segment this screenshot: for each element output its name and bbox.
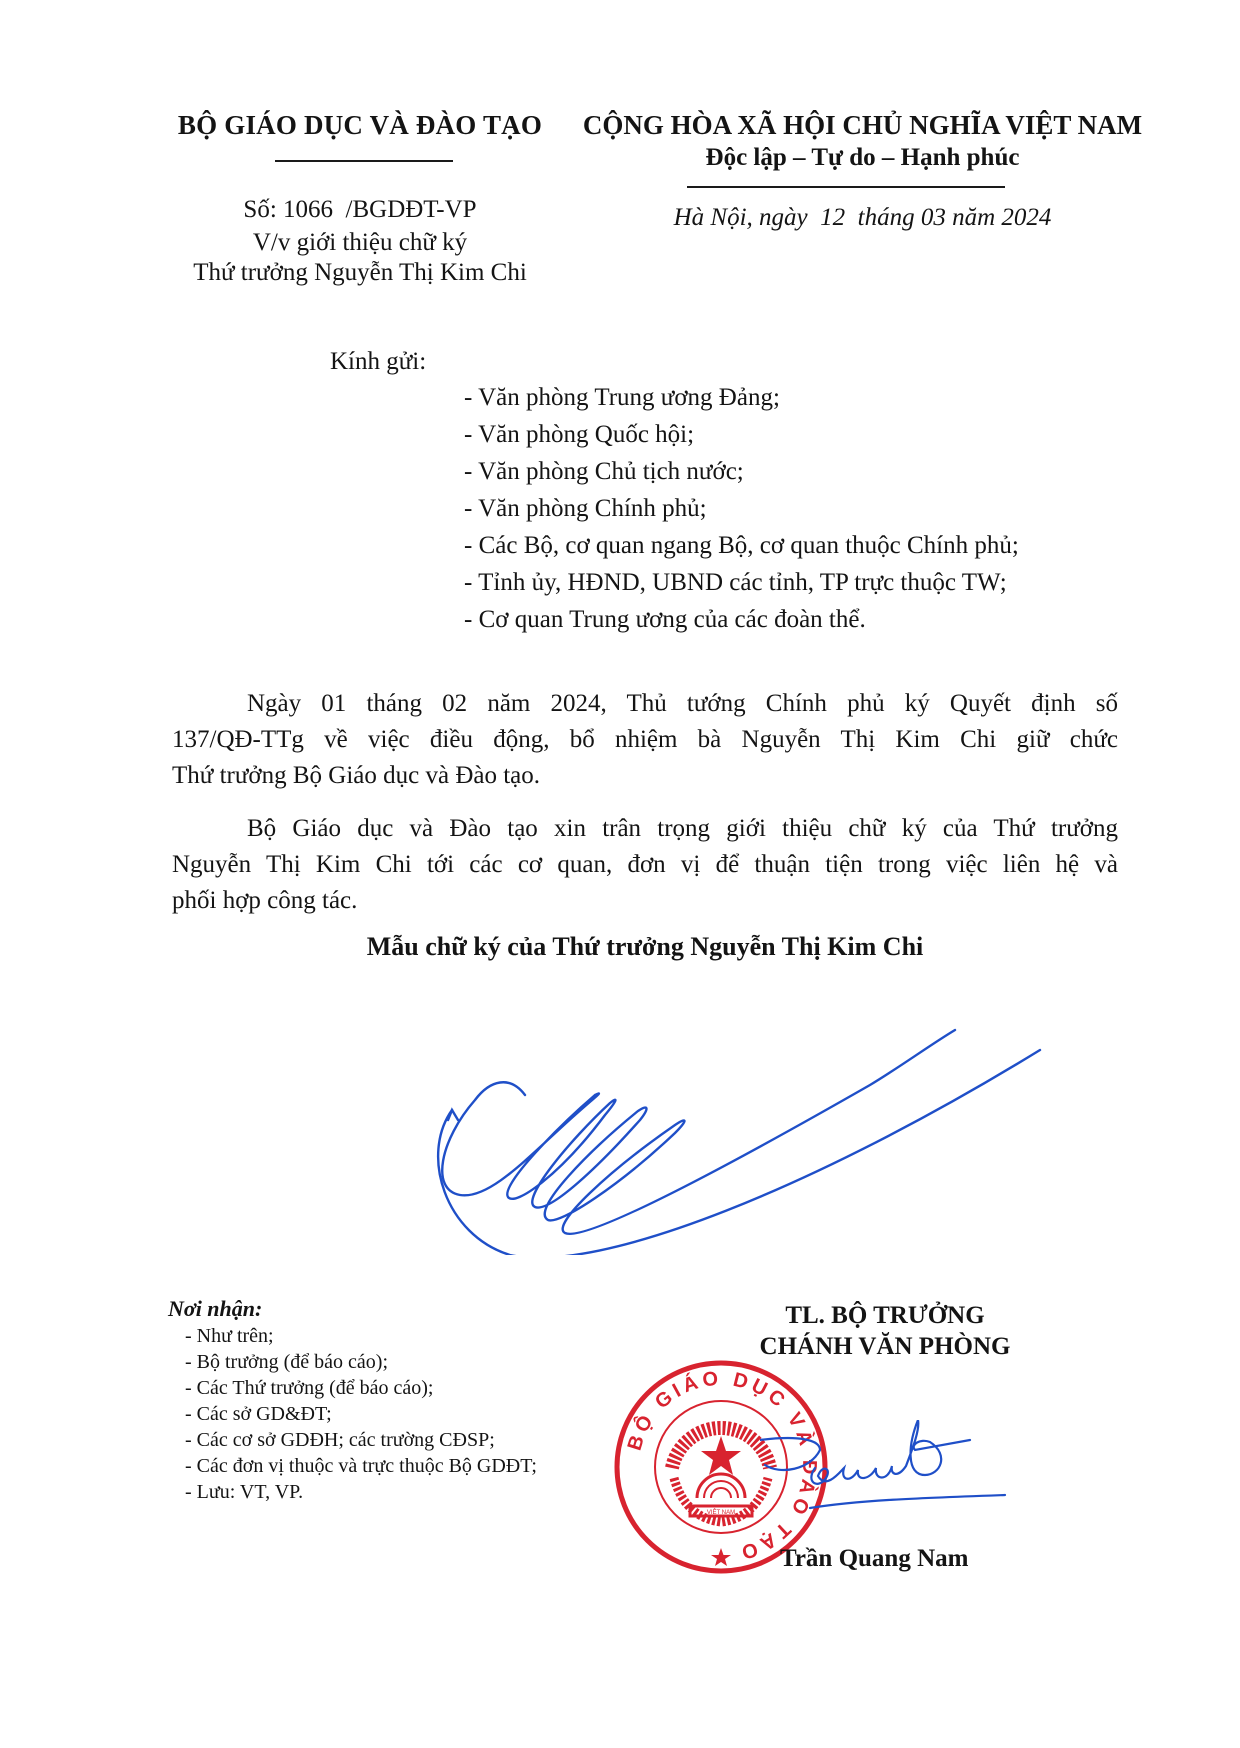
sample-signature-image xyxy=(400,985,1050,1255)
recipient-item: - Các Bộ, cơ quan ngang Bộ, cơ quan thuộ… xyxy=(464,532,1019,560)
paragraph-line: Bộ Giáo dục và Đào tạo xin trân trọng gi… xyxy=(172,811,1118,847)
svg-text:VIỆT NAM: VIỆT NAM xyxy=(707,1508,735,1516)
place-date: Hà Nội, ngày 12 tháng 03 năm 2024 xyxy=(575,204,1150,232)
cc-item: - Lưu: VT, VP. xyxy=(185,1481,303,1504)
recipient-item: - Văn phòng Trung ương Đảng; xyxy=(464,384,780,412)
cc-item: - Các cơ sở GDĐH; các trường CĐSP; xyxy=(185,1429,495,1452)
body-paragraph-2: Bộ Giáo dục và Đào tạo xin trân trọng gi… xyxy=(172,811,1118,919)
cc-label: Nơi nhận: xyxy=(168,1296,262,1322)
signer-role-line-2: CHÁNH VĂN PHÒNG xyxy=(700,1333,1070,1361)
cc-item: - Các đơn vị thuộc và trực thuộc Bộ GDĐT… xyxy=(185,1455,537,1478)
organization-name: BỘ GIÁO DỤC VÀ ĐÀO TẠO xyxy=(170,110,550,141)
cc-item: - Như trên; xyxy=(185,1325,274,1348)
paragraph-line: Thứ trưởng Bộ Giáo dục và Đào tạo. xyxy=(172,758,1118,794)
recipient-item: - Văn phòng Chính phủ; xyxy=(464,495,707,523)
recipient-item: - Văn phòng Quốc hội; xyxy=(464,421,694,449)
paragraph-line: Nguyễn Thị Kim Chi tới các cơ quan, đơn … xyxy=(172,847,1118,883)
paragraph-line: 137/QĐ-TTg về việc điều động, bổ nhiệm b… xyxy=(172,722,1118,758)
recipient-item: - Cơ quan Trung ương của các đoàn thể. xyxy=(464,606,866,634)
signer-role-line-1: TL. BỘ TRƯỞNG xyxy=(700,1302,1070,1330)
recipient-item: - Văn phòng Chủ tịch nước; xyxy=(464,458,744,486)
signature-sample-title: Mẫu chữ ký của Thứ trưởng Nguyễn Thị Kim… xyxy=(172,932,1118,962)
body-paragraph-1: Ngày 01 tháng 02 năm 2024, Thủ tướng Chí… xyxy=(172,686,1118,794)
recipients-label: Kính gửi: xyxy=(330,348,426,376)
subject-line-1: V/v giới thiệu chữ ký xyxy=(170,229,550,257)
paragraph-line: Ngày 01 tháng 02 năm 2024, Thủ tướng Chí… xyxy=(172,686,1118,722)
document-number: Số: 1066 /BGDĐT-VP xyxy=(170,196,550,224)
cc-item: - Bộ trưởng (để báo cáo); xyxy=(185,1351,388,1374)
paragraph-line: phối hợp công tác. xyxy=(172,883,1118,919)
signer-name: Trần Quang Nam xyxy=(780,1545,968,1573)
header-rule-left xyxy=(275,160,453,162)
recipient-item: - Tỉnh ủy, HĐND, UBND các tỉnh, TP trực … xyxy=(464,569,1007,597)
subject-line-2: Thứ trưởng Nguyễn Thị Kim Chi xyxy=(170,259,550,287)
national-motto: Độc lập – Tự do – Hạnh phúc xyxy=(575,144,1150,172)
national-title: CỘNG HÒA XÃ HỘI CHỦ NGHĨA VIỆT NAM xyxy=(575,110,1150,141)
cc-item: - Các Thứ trưởng (để báo cáo); xyxy=(185,1377,433,1400)
header-rule-right xyxy=(687,186,1005,188)
signer-signature-image xyxy=(760,1420,1010,1520)
cc-item: - Các sở GD&ĐT; xyxy=(185,1403,332,1426)
